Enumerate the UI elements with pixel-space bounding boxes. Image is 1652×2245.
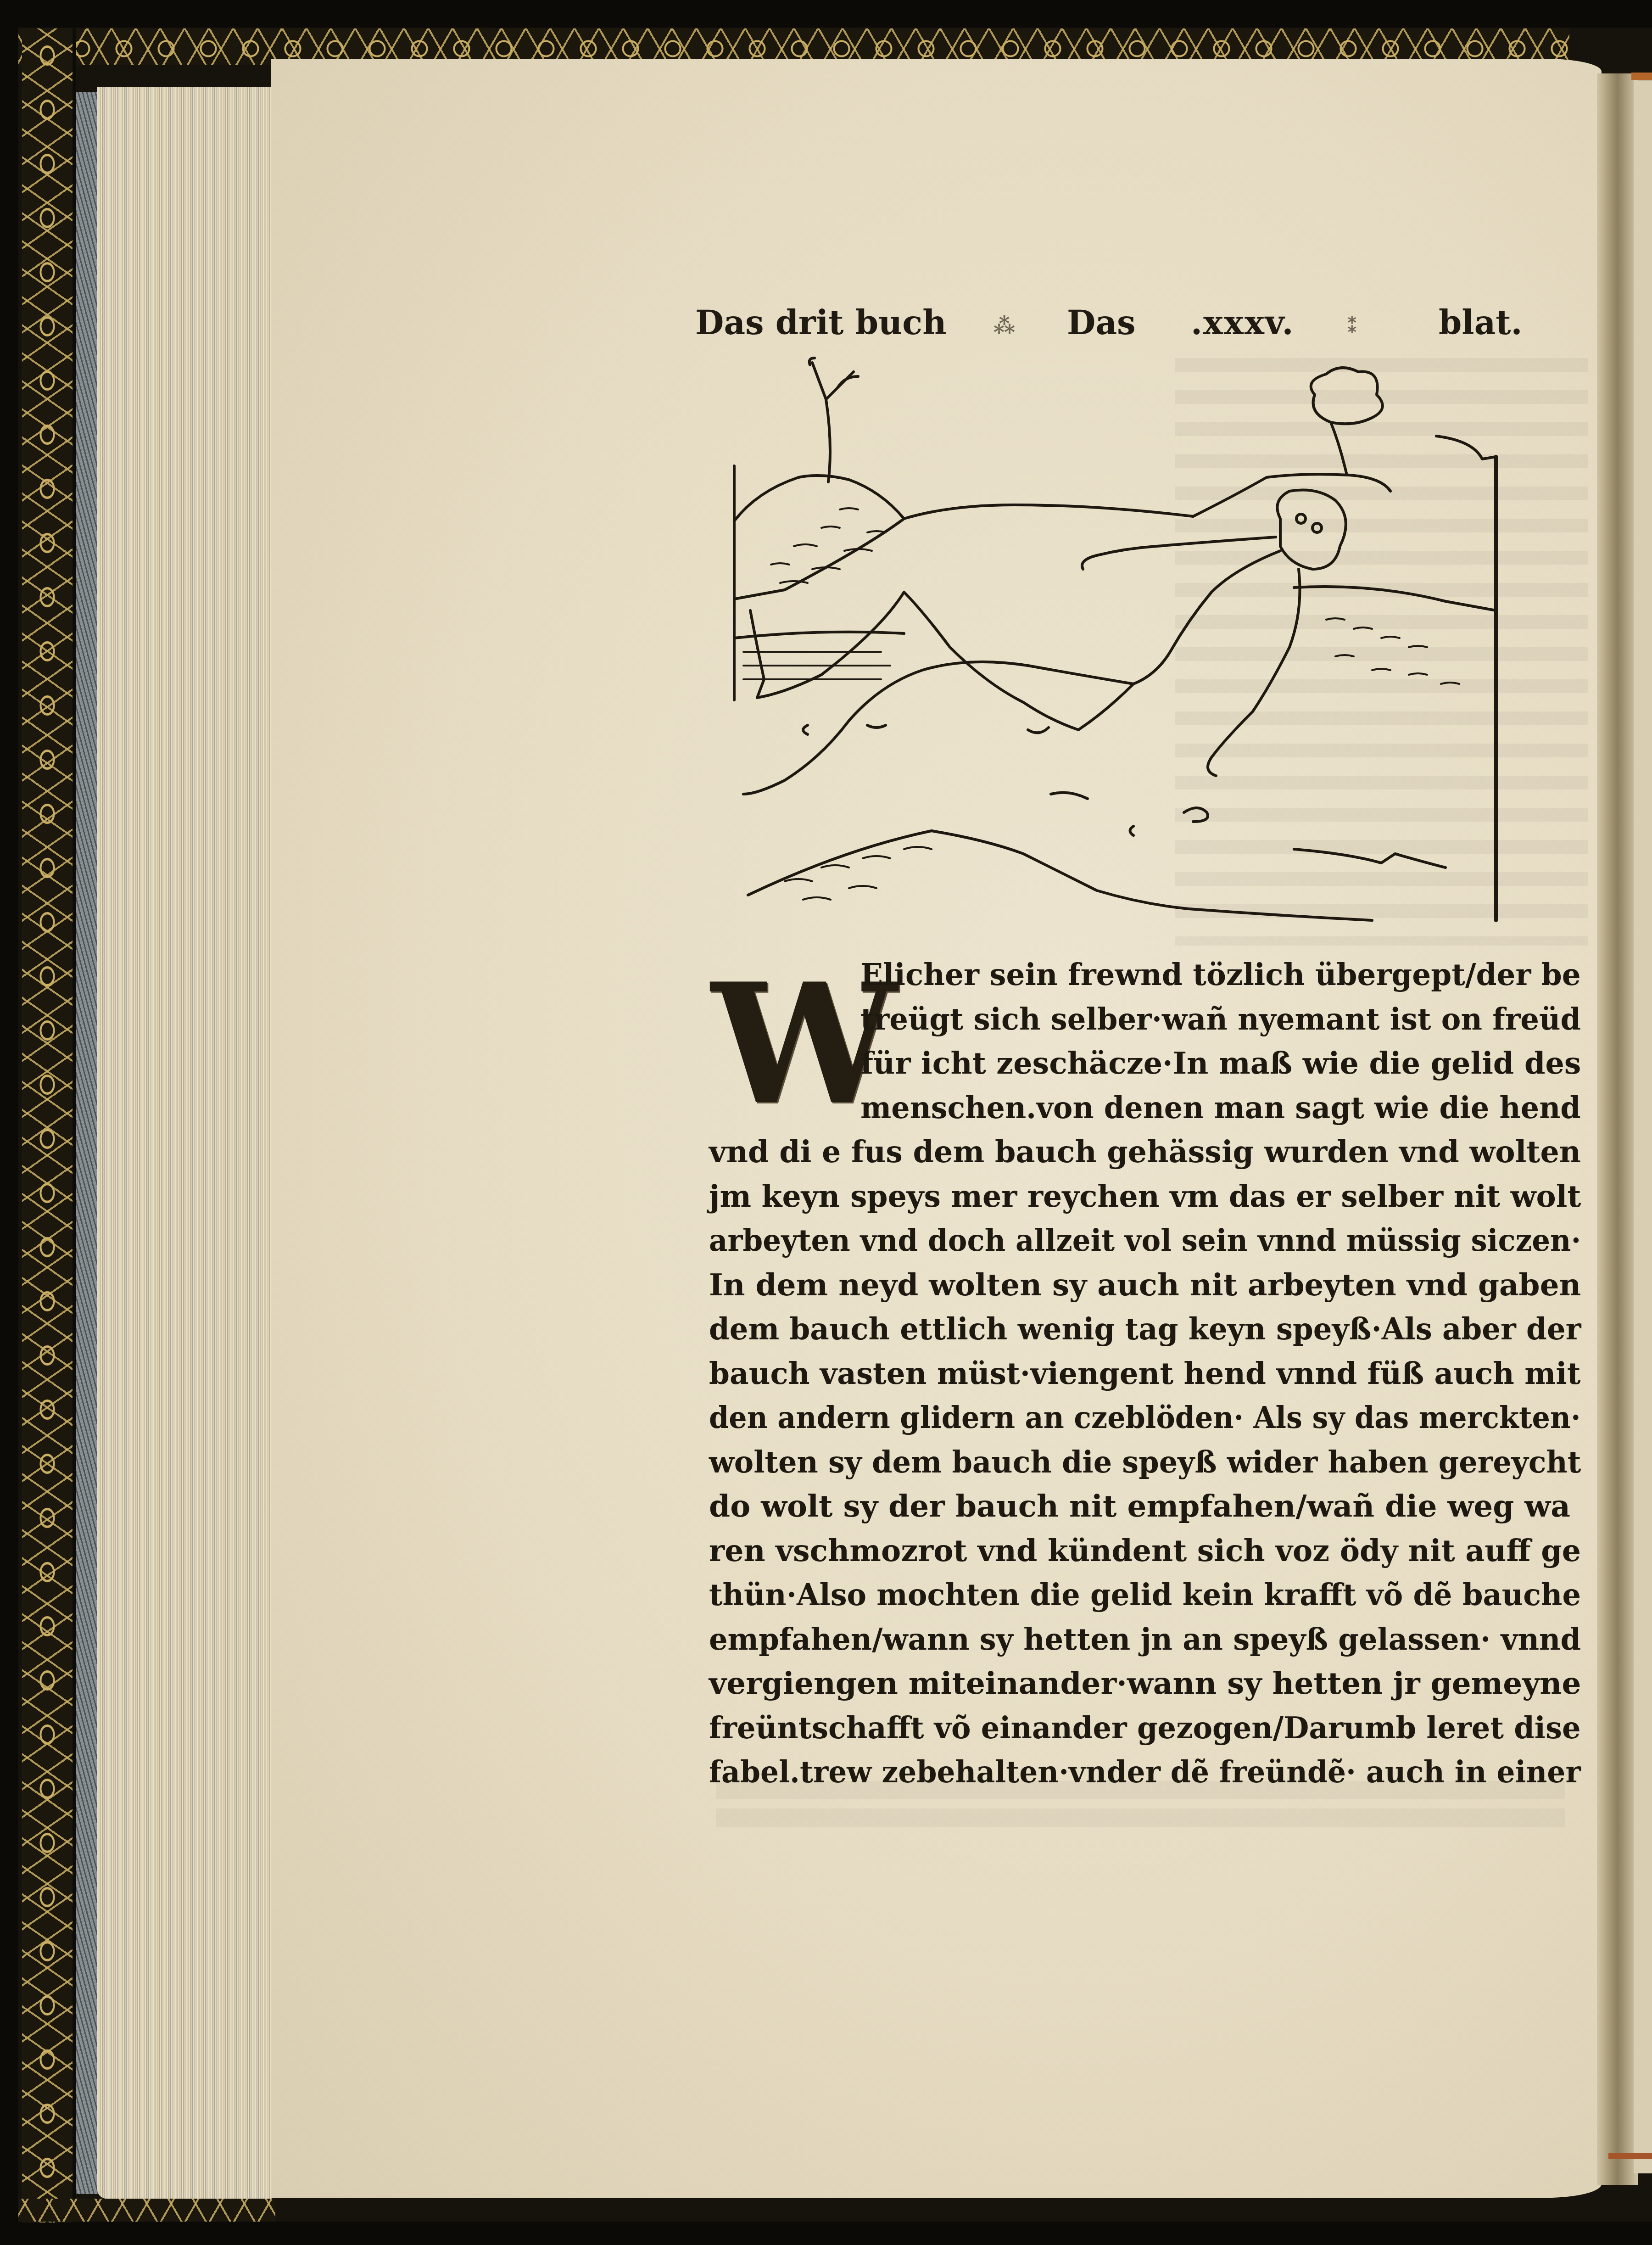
text-line: bauch vasten müst·viengent hend vnnd füß…: [709, 1351, 1559, 1396]
gilt-tooled-border-left: [22, 28, 76, 2223]
text-line: do wolt sy der bauch nit empfahen/wañ di…: [709, 1484, 1581, 1528]
text-line: ren vschmozrot vnd kündent sich voz ödy …: [709, 1528, 1567, 1573]
text-line: dem bauch ettlich wenig tag keyn speyß·A…: [709, 1307, 1555, 1351]
text-line: vnd di e fus dem bauch gehässig wurden v…: [709, 1130, 1568, 1174]
header-book-title: Das drit buch: [695, 303, 947, 342]
running-header: Das drit buch ⁂ Das .xxxv. ⁑ blat.: [695, 303, 1567, 353]
text-line: empfahen/wann sy hetten jn an speyß gela…: [709, 1617, 1552, 1662]
text-line: arbeyten vnd doch allzeit vol sein vnnd …: [709, 1218, 1536, 1263]
text-line: In dem neyd wolten sy auch nit arbeyten …: [709, 1263, 1579, 1307]
woodcut-illustration: [730, 353, 1510, 923]
ornament-icon: ⁑: [1347, 313, 1358, 338]
text-line: fabel.trew zebehalten·vnder dẽ freündẽ· …: [709, 1750, 1541, 1794]
text-line: freüntschafft võ einander gezogen/Darumb…: [709, 1706, 1552, 1750]
facing-page-edge: [1634, 80, 1652, 2173]
text-line: treügt sich selber·wañ nyemant ist on fr…: [714, 997, 1558, 1041]
text-line: vergiengen miteinander·wann sy hetten jr…: [709, 1661, 1579, 1706]
header-das: Das: [1067, 303, 1136, 342]
header-blat: blat.: [1439, 303, 1523, 342]
text-line: für icht zeschäcze·In maß wie die gelid …: [711, 1041, 1570, 1086]
headband-bottom: [1608, 2153, 1652, 2159]
page-gutter-fold: [1597, 73, 1638, 2185]
text-line: jm keyn speys mer reychen vm das er selb…: [709, 1174, 1565, 1219]
ornament-icon: ⁂: [993, 313, 1015, 338]
headband-top: [1631, 73, 1652, 80]
page-edges-stack: [97, 87, 272, 2199]
text-line: wolten sy dem bauch die speyß wider habe…: [709, 1440, 1550, 1484]
marbled-endpaper-edge: [76, 92, 98, 2194]
body-text: Elicher sein frewnd tözlich übergept/der…: [709, 952, 1581, 1794]
folio-number: .xxxv.: [1191, 303, 1295, 342]
text-line: den andern glidern an czeblöden· Als sy …: [709, 1395, 1527, 1440]
gilt-tooled-border-bottom: [18, 2199, 275, 2222]
text-line: thün·Also mochten die gelid kein krafft …: [709, 1573, 1552, 1617]
text-line: Elicher sein frewnd tözlich übergept/der…: [713, 952, 1563, 997]
text-line: menschen.von denen man sagt wie die hend: [714, 1086, 1554, 1130]
